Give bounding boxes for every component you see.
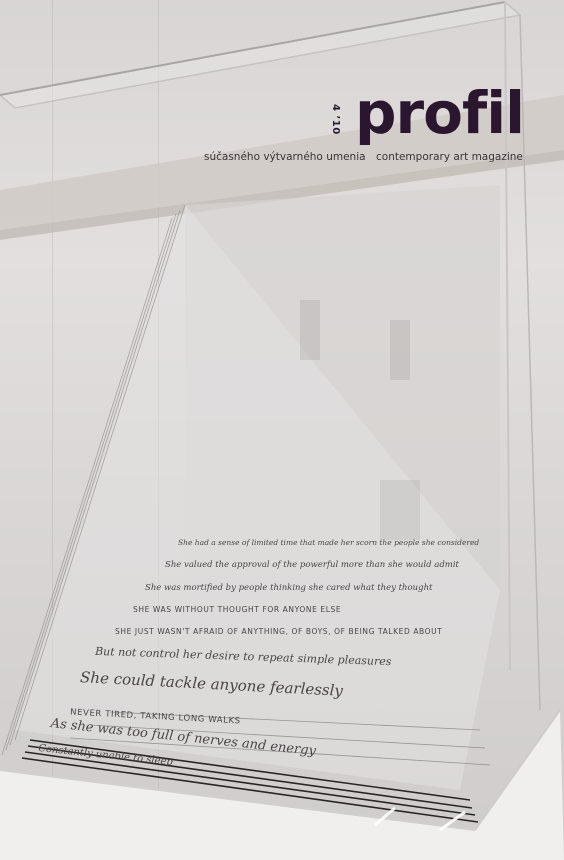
magazine-logo: profil: [355, 84, 524, 142]
handwritten-line: SHE JUST WASN'T AFRAID OF ANYTHING, OF B…: [115, 627, 442, 636]
magazine-cover: 4 ’10 profil súčasného výtvarného umenia…: [0, 0, 564, 860]
issue-number: 4 ’10: [330, 104, 341, 135]
handwritten-line: SHE WAS WITHOUT THOUGHT FOR ANYONE ELSE: [133, 605, 341, 614]
handwritten-line: She was mortified by people thinking she…: [145, 583, 432, 593]
masthead: 4 ’10 profil súčasného výtvarného umenia…: [200, 92, 530, 172]
subtitle-english: contemporary art magazine: [376, 151, 523, 163]
handwritten-line: She had a sense of limited time that mad…: [178, 538, 479, 547]
subtitle-slovak: súčasného výtvarného umenia: [204, 151, 366, 163]
handwritten-line: She valued the approval of the powerful …: [165, 560, 459, 570]
